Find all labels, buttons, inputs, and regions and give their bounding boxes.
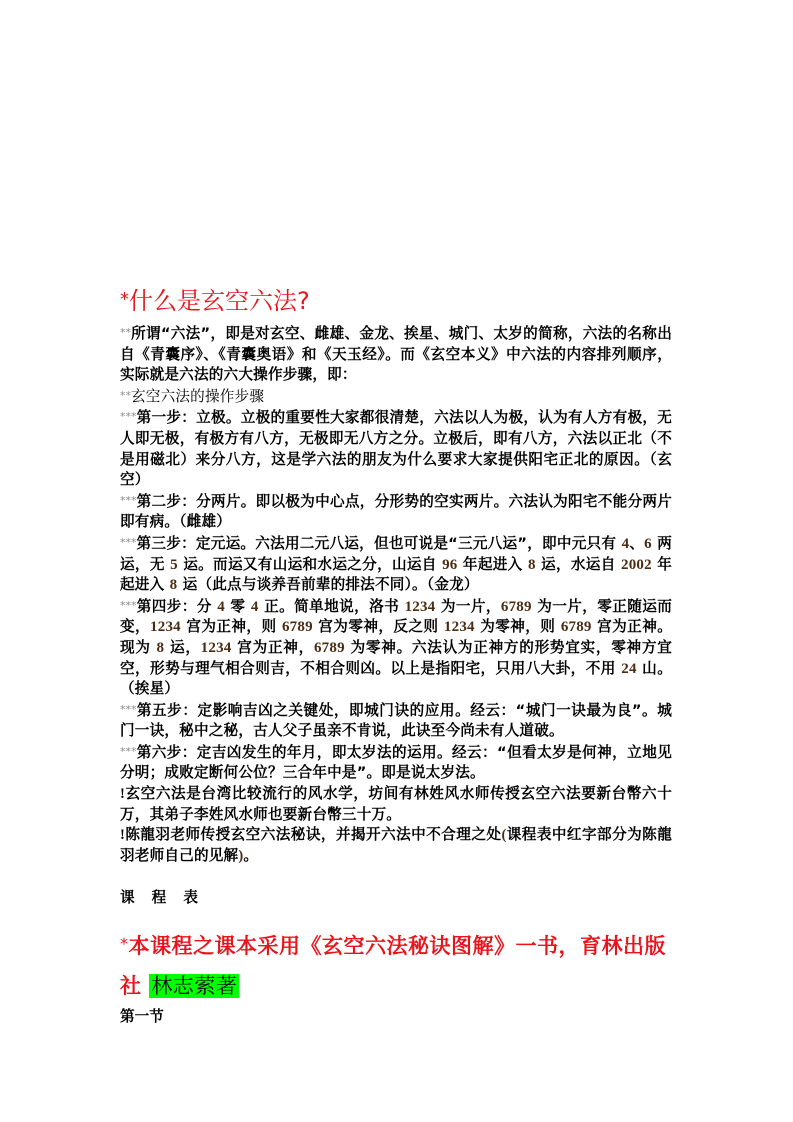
steps-heading: **玄空六法的操作步骤 — [120, 386, 672, 408]
text-run: 运， — [164, 639, 200, 656]
note-1: !玄空六法是台湾比较流行的风水学，坊间有林姓风水师传授玄空六法要新台幣六十万，其… — [120, 784, 672, 825]
document-page: *什么是玄空六法? **所谓“六法”，即是对玄空、雌雄、金龙、挨星、城门、太岁的… — [120, 280, 672, 1028]
step-text: 第五步：定影响吉凶之关键处，即城门诀的应用。经云：“城门一诀最为良”。城门一诀，… — [120, 702, 672, 740]
textbook-heading: *本课程之课本采用《玄空六法秘诀图解》一书，育林出版社 林志萦著 — [120, 924, 672, 1006]
step-marker: *** — [120, 536, 137, 549]
text-run: 宫为正神， — [231, 639, 313, 656]
numeral: 1234 — [150, 619, 181, 635]
steps-heading-marker: ** — [120, 389, 131, 402]
step-6: ***第六步：定吉凶发生的年月，即太岁法的运用。经云：“但看太岁是何神，立地见分… — [120, 742, 672, 784]
numeral: 2002 — [621, 557, 652, 573]
text-run: 为零神，则 — [475, 618, 561, 635]
step-1: ***第一步：立极。立极的重要性大家都很清楚，六法以人为极，认为有人方有极，无人… — [120, 407, 672, 490]
step-marker: *** — [120, 599, 137, 612]
textbook-marker: * — [120, 934, 129, 953]
text-run: 运（此点与谈养吾前辈的排法不同）。（金龙） — [177, 576, 478, 593]
note-text: 玄空六法是台湾比较流行的风水学，坊间有林姓风水师传授玄空六法要新台幣六十万，其弟… — [120, 785, 672, 823]
step-3: ***第三步：定元运。六法用二元八运，但也可说是“三元八运”，即中元只有 4、6… — [120, 533, 672, 596]
step-marker: *** — [120, 745, 137, 758]
numeral: 6789 — [314, 640, 345, 656]
text-run: 运，水运自 — [536, 556, 621, 573]
numeral: 6789 — [282, 619, 313, 635]
note-text: 陈龍羽老师传授玄空六法秘诀，并揭开六法中不合理之处(课程表中红字部分为陈龍羽老师… — [120, 826, 672, 864]
intro-paragraph: **所谓“六法”，即是对玄空、雌雄、金龙、挨星、城门、太岁的简称，六法的名称出自… — [120, 323, 672, 386]
text-run: 宫为正神，则 — [181, 618, 282, 635]
intro-text: 所谓“六法”，即是对玄空、雌雄、金龙、挨星、城门、太岁的简称，六法的名称出自《青… — [120, 325, 672, 383]
step-2: ***第二步：分两片。即以极为中心点，分形势的空实两片。六法认为阳宅不能分两片即… — [120, 491, 672, 533]
step-text: 第六步：定吉凶发生的年月，即太岁法的运用。经云：“但看太岁是何神，立地见分明；成… — [120, 744, 672, 782]
text-run: 第五步：定影响吉凶之关键处，即城门诀的应用。经云：“城门一诀最为良”。城门一诀，… — [120, 702, 672, 740]
numeral: 6789 — [501, 599, 532, 615]
steps-heading-text: 玄空六法的操作步骤 — [131, 388, 264, 405]
numeral: 1234 — [201, 640, 232, 656]
text-run: 、 — [629, 535, 644, 552]
step-marker: *** — [120, 410, 137, 423]
text-run: 年起进入 — [458, 556, 528, 573]
step-4: ***第四步：分 4 零 4 正。简单地说，洛书 1234 为一片，6789 为… — [120, 596, 672, 700]
text-run: 零 — [225, 598, 251, 615]
numeral: 5 — [170, 557, 178, 573]
numeral: 1234 — [405, 599, 436, 615]
numeral: 24 — [621, 661, 636, 677]
text-run: 运。而运又有山运和水运之分，山运自 — [178, 556, 442, 573]
text-run: 所谓“六法”，即是对玄空、雌雄、金龙、挨星、城门、太岁的简称，六法的名称出自《青… — [120, 325, 672, 383]
author-highlight: 林志萦著 — [149, 974, 239, 998]
step-5: ***第五步：定影响吉凶之关键处，即城门诀的应用。经云：“城门一诀最为良”。城门… — [120, 700, 672, 742]
numeral: 96 — [442, 557, 457, 573]
schedule-label: 课 程 表 — [120, 888, 672, 908]
text-run: 第一步：立极。立极的重要性大家都很清楚，六法以人为极，认为有人方有极，无人即无极… — [120, 409, 672, 488]
section-label: 第一节 — [120, 1006, 672, 1028]
step-text: 第一步：立极。立极的重要性大家都很清楚，六法以人为极，认为有人方有极，无人即无极… — [120, 409, 672, 488]
page-title: *什么是玄空六法? — [120, 280, 672, 321]
text-run: 第六步：定吉凶发生的年月，即太岁法的运用。经云：“但看太岁是何神，立地见分明；成… — [120, 744, 672, 782]
text-run: 陈龍羽老师传授玄空六法秘诀，并揭开六法中不合理之处 — [125, 826, 501, 843]
numeral: 4 — [217, 599, 225, 615]
text-run: 第四步：分 — [137, 598, 218, 615]
step-text: 第四步：分 4 零 4 正。简单地说，洛书 1234 为一片，6789 为一片，… — [120, 598, 672, 697]
note-2: !陈龍羽老师传授玄空六法秘诀，并揭开六法中不合理之处(课程表中红字部分为陈龍羽老… — [120, 825, 672, 866]
title-marker: * — [120, 289, 129, 310]
numeral: 8 — [528, 557, 536, 573]
numeral: 6 — [644, 536, 652, 552]
notes-list: !玄空六法是台湾比较流行的风水学，坊间有林姓风水师传授玄空六法要新台幣六十万，其… — [120, 784, 672, 866]
step-text: 第二步：分两片。即以极为中心点，分形势的空实两片。六法认为阳宅不能分两片即有病。… — [120, 493, 672, 531]
step-text: 第三步：定元运。六法用二元八运，但也可说是“三元八运”，即中元只有 4、6 两运… — [120, 535, 672, 593]
text-run: 第二步：分两片。即以极为中心点，分形势的空实两片。六法认为阳宅不能分两片即有病。… — [120, 493, 672, 531]
numeral: 6789 — [561, 619, 592, 635]
text-run: 第三步：定元运。六法用二元八运，但也可说是“三元八运”，即中元只有 — [137, 535, 622, 552]
text-run: 正。简单地说，洛书 — [259, 598, 405, 615]
text-run: 为一片， — [435, 598, 501, 615]
step-marker: *** — [120, 703, 137, 716]
text-run: 。 — [243, 847, 258, 864]
step-marker: *** — [120, 494, 137, 507]
steps-list: ***第一步：立极。立极的重要性大家都很清楚，六法以人为极，认为有人方有极，无人… — [120, 407, 672, 784]
text-run: 宫为零神，反之则 — [313, 618, 444, 635]
title-text: 什么是玄空六法? — [129, 287, 310, 315]
numeral: 1234 — [444, 619, 475, 635]
intro-marker: ** — [120, 326, 131, 339]
text-run: 玄空六法是台湾比较流行的风水学，坊间有林姓风水师传授玄空六法要新台幣六十万，其弟… — [120, 785, 672, 823]
numeral: 4 — [251, 599, 259, 615]
